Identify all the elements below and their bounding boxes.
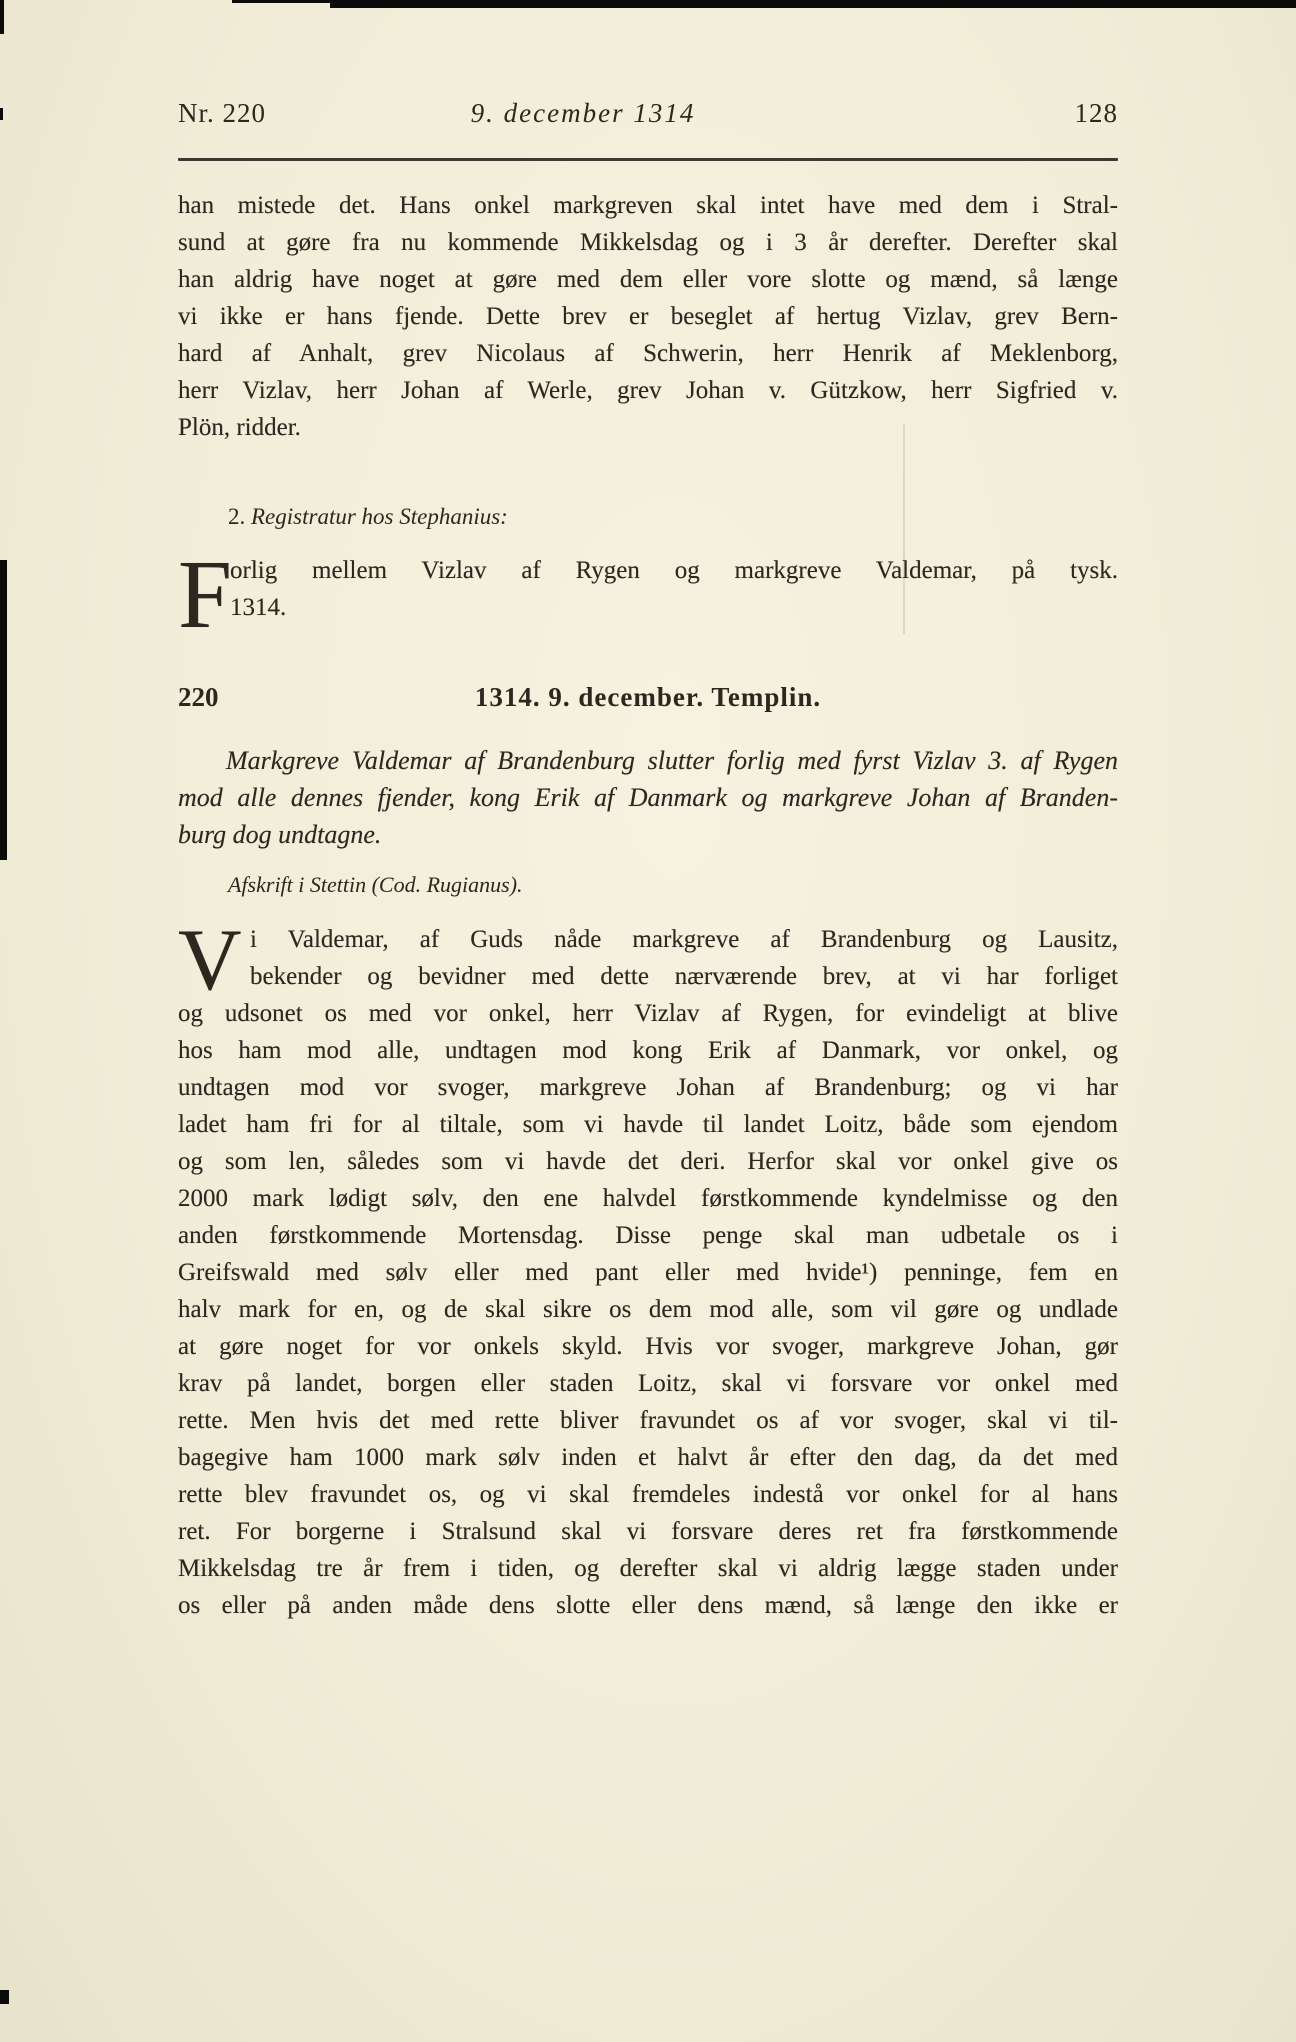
text-line: og som len, således som vi havde det der… <box>178 1143 1118 1180</box>
text-line: krav på landet, borgen eller staden Loit… <box>178 1365 1118 1402</box>
text-line: han mistede det. Hans onkel markgreven s… <box>178 187 1118 224</box>
text-line: sund at gøre fra nu kommende Mikkelsdag … <box>178 224 1118 261</box>
text-line: han aldrig have noget at gøre med dem el… <box>178 261 1118 298</box>
paragraph-continuation: han mistede det. Hans onkel markgreven s… <box>178 187 1118 446</box>
text-line: anden førstkommende Mortensdag. Disse pe… <box>178 1217 1118 1254</box>
text-line: 2000 mark lødigt sølv, den ene halvdel f… <box>178 1180 1118 1217</box>
book-page: Nr. 220 9. december 1314 128 han mistede… <box>0 0 1296 2042</box>
text-line: hard af Anhalt, grev Nicolaus af Schweri… <box>178 335 1118 372</box>
text-line: ret. For borgerne i Stralsund skal vi fo… <box>178 1513 1118 1550</box>
text-line: undtagen mod vor svoger, markgreve Johan… <box>178 1069 1118 1106</box>
scan-artifact-top-left <box>0 0 4 34</box>
text-line: vi ikke er hans fjende. Dette brev er be… <box>178 298 1118 335</box>
text-line: Plön, ridder. <box>178 409 1118 446</box>
text-line: bekender og bevidner med dette nærværend… <box>178 958 1118 995</box>
regest-paragraph: F orlig mellem Vizlav af Rygen og markgr… <box>178 552 1118 626</box>
text-column: Nr. 220 9. december 1314 128 han mistede… <box>178 0 1118 1624</box>
text-line: Greifswald med sølv eller med pant eller… <box>178 1254 1118 1291</box>
regest-lines: orlig mellem Vizlav af Rygen og markgrev… <box>178 552 1118 626</box>
text-line: bagegive ham 1000 mark sølv inden et hal… <box>178 1439 1118 1476</box>
text-line: at gøre noget for vor onkels skyld. Hvis… <box>178 1328 1118 1365</box>
source-note: Afskrift i Stettin (Cod. Rugianus). <box>178 871 1118 899</box>
text-line: mod alle dennes fjender, kong Erik af Da… <box>178 779 1118 816</box>
registratur-number: 2. <box>228 504 245 529</box>
drop-cap-v: V <box>178 917 242 1005</box>
scan-artifact-left-bar <box>0 560 7 860</box>
registratur-note: 2. Registratur hos Stephanius: <box>178 502 1118 532</box>
text-line: ladet ham fri for al tiltale, som vi hav… <box>178 1106 1118 1143</box>
text-line: herr Vizlav, herr Johan af Werle, grev J… <box>178 372 1118 409</box>
entry-body: V i Valdemar, af Guds nåde markgreve af … <box>178 921 1118 1624</box>
drop-cap-f: F <box>178 546 232 643</box>
text-line: orlig mellem Vizlav af Rygen og markgrev… <box>178 552 1118 589</box>
text-line: rette. Men hvis det med rette bliver fra… <box>178 1402 1118 1439</box>
text-line: burg dog undtagne. <box>178 816 1118 853</box>
entry-summary: Markgreve Valdemar af Brandenburg slutte… <box>178 742 1118 853</box>
header-rule <box>178 158 1118 161</box>
running-date: 9. december 1314 <box>178 98 988 129</box>
entry-body-lines: i Valdemar, af Guds nåde markgreve af Br… <box>178 921 1118 1624</box>
page-number: 128 <box>1075 98 1119 129</box>
entry-heading: 220 1314. 9. december. Templin. <box>178 682 1118 722</box>
scan-artifact-left-nick <box>0 108 3 120</box>
text-line: Mikkelsdag tre år frem i tiden, og deref… <box>178 1550 1118 1587</box>
entry-title: 1314. 9. december. Templin. <box>178 682 1118 713</box>
text-line: og udsonet os med vor onkel, herr Vizlav… <box>178 995 1118 1032</box>
text-line: Markgreve Valdemar af Brandenburg slutte… <box>178 742 1118 779</box>
text-line: hos ham mod alle, undtagen mod kong Erik… <box>178 1032 1118 1069</box>
page-header: Nr. 220 9. december 1314 128 <box>178 98 1118 138</box>
text-line: i Valdemar, af Guds nåde markgreve af Br… <box>178 921 1118 958</box>
text-line: halv mark for en, og de skal sikre os de… <box>178 1291 1118 1328</box>
text-line: rette blev fravundet os, og vi skal frem… <box>178 1476 1118 1513</box>
scan-artifact-bottom-left <box>0 1990 9 2004</box>
text-line: 1314. <box>178 589 1118 626</box>
registratur-label: Registratur hos Stephanius: <box>251 504 508 529</box>
text-line: os eller på anden måde dens slotte eller… <box>178 1587 1118 1624</box>
